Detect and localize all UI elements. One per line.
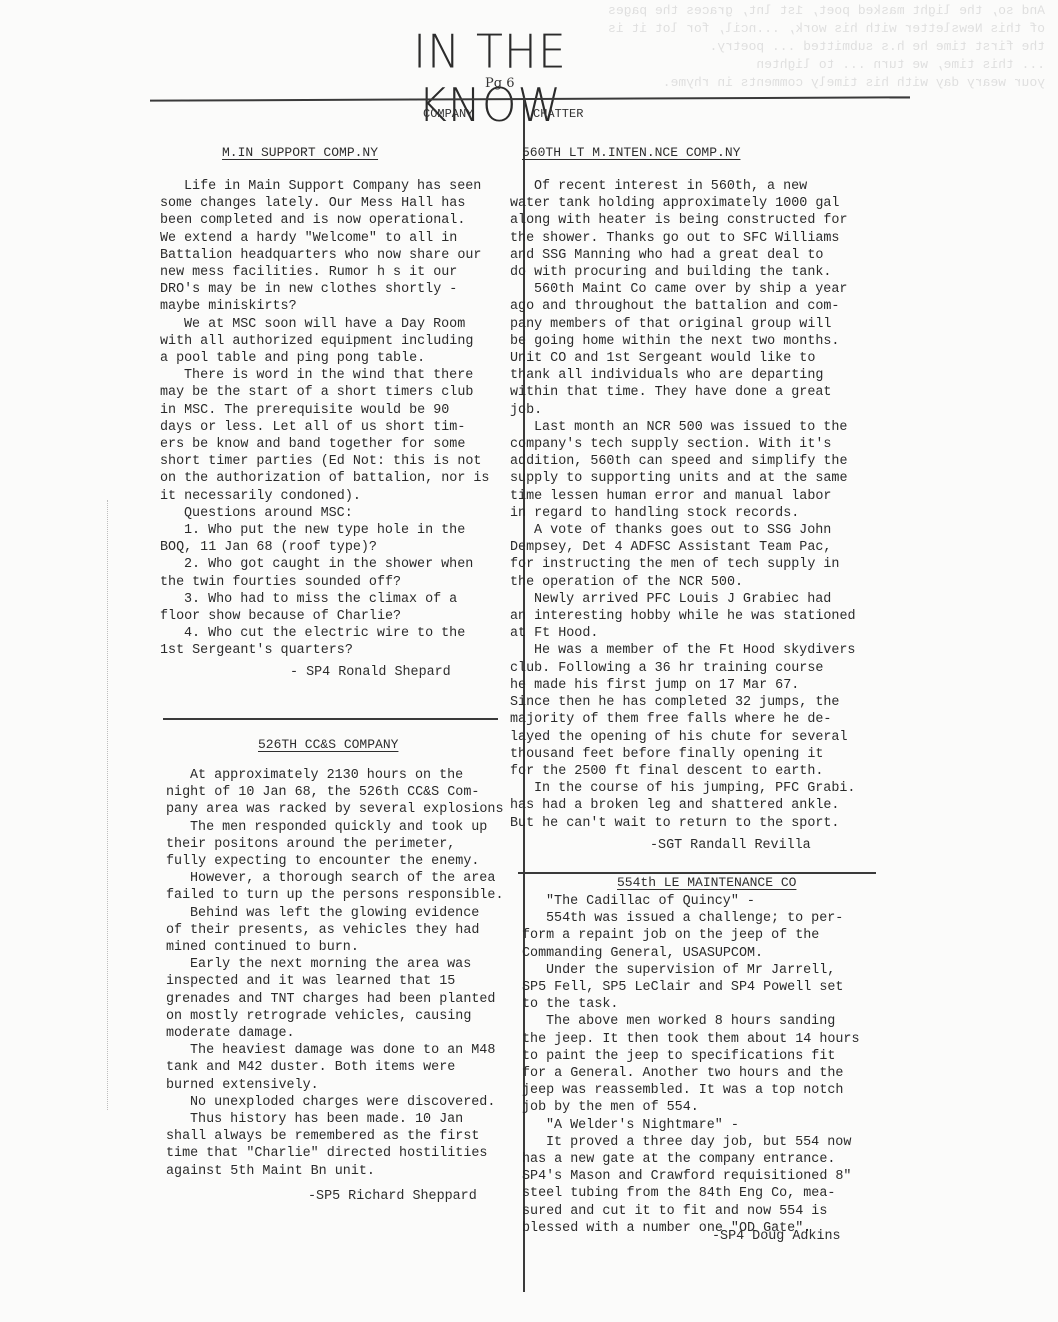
- text-line: addition, 560th can speed and simplify t…: [510, 453, 870, 470]
- text-line: night of 10 Jan 68, the 526th CC&S Com-: [166, 784, 526, 801]
- paragraph: No unexploded charges were discovered.: [166, 1094, 526, 1111]
- bleed-through-line: And so, the light masked poet, 1st lnt, …: [625, 2, 1045, 20]
- text-line: has had a broken leg and shattered ankle…: [510, 797, 870, 814]
- paragraph: We at MSC soon will have a Day Roomwith …: [160, 316, 505, 368]
- text-line: 2. Who got caught in the shower when: [160, 556, 505, 573]
- text-line: SP4's Mason and Crawford requisitioned 8…: [522, 1168, 882, 1185]
- text-line: Commanding General, USASUPCOM.: [522, 945, 882, 962]
- text-line: Since then he has completed 32 jumps, th…: [510, 694, 870, 711]
- byline-526th: -SP5 Richard Sheppard: [308, 1189, 477, 1204]
- text-line: But he can't wait to return to the sport…: [510, 815, 870, 832]
- paragraph: Early the next morning the area wasinspe…: [166, 956, 526, 1042]
- text-line: The above men worked 8 hours sanding: [522, 1013, 882, 1030]
- text-line: He was a member of the Ft Hood skydivers: [510, 642, 870, 659]
- article-main-support-body: Life in Main Support Company has seensom…: [160, 178, 505, 660]
- text-line: Behind was left the glowing evidence: [166, 905, 526, 922]
- text-line: the operation of the NCR 500.: [510, 574, 870, 591]
- binding-edge-mark: [107, 500, 108, 1110]
- text-line: water tank holding approximately 1000 ga…: [510, 195, 870, 212]
- text-line: It proved a three day job, but 554 now: [522, 1134, 882, 1151]
- text-line: the jeep. It then took them about 14 hou…: [522, 1031, 882, 1048]
- text-line: along with heater is being constructed f…: [510, 212, 870, 229]
- bleed-through-text: And so, the light masked poet, 1st lnt, …: [625, 2, 1045, 92]
- text-line: tank and M42 duster. Both items were: [166, 1059, 526, 1076]
- paragraph: Questions around MSC:: [160, 505, 505, 522]
- text-line: to the task.: [522, 996, 882, 1013]
- text-line: club. Following a 36 hr training course: [510, 660, 870, 677]
- text-line: Thus history has been made. 10 Jan: [166, 1111, 526, 1128]
- paragraph: There is word in the wind that theremay …: [160, 367, 505, 505]
- paragraph: 560th Maint Co came over by ship a yeara…: [510, 281, 870, 419]
- text-line: inspected and it was learned that 15: [166, 973, 526, 990]
- text-line: Early the next morning the area was: [166, 956, 526, 973]
- text-line: do with procuring and building the tank.: [510, 264, 870, 281]
- text-line: he made his first jump on 17 Mar 67.: [510, 677, 870, 694]
- text-line: some changes lately. Our Mess Hall has: [160, 195, 505, 212]
- paragraph: 554th was issued a challenge; to per-for…: [522, 910, 882, 962]
- text-line: 560th Maint Co came over by ship a year: [510, 281, 870, 298]
- text-line: At approximately 2130 hours on the: [166, 767, 526, 784]
- paragraph: It proved a three day job, but 554 nowha…: [522, 1134, 882, 1237]
- paragraph: In the course of his jumping, PFC Grabi.…: [510, 780, 870, 832]
- text-line: 3. Who had to miss the climax of a: [160, 591, 505, 608]
- text-line: burned extensively.: [166, 1077, 526, 1094]
- paragraph: A vote of thanks goes out to SSG JohnDem…: [510, 522, 870, 591]
- text-line: We at MSC soon will have a Day Room: [160, 316, 505, 333]
- text-line: in MSC. The prerequisite would be 90: [160, 402, 505, 419]
- byline-554th: -SP4 Doug Adkins: [712, 1229, 841, 1244]
- text-line: fully expecting to encounter the enemy.: [166, 853, 526, 870]
- text-line: thousand feet before finally opening it: [510, 746, 870, 763]
- text-line: and SSG Manning who had a great deal to: [510, 247, 870, 264]
- text-line: The heaviest damage was done to an M48: [166, 1042, 526, 1059]
- text-line: has a new gate at the company entrance.: [522, 1151, 882, 1168]
- text-line: ago and throughout the battalion and com…: [510, 298, 870, 315]
- text-line: Dempsey, Det 4 ADFSC Assistant Team Pac,: [510, 539, 870, 556]
- text-line: Questions around MSC:: [160, 505, 505, 522]
- text-line: new mess facilities. Rumor h s it our: [160, 264, 505, 281]
- paragraph: Life in Main Support Company has seensom…: [160, 178, 505, 316]
- section-rule-right: [518, 872, 876, 874]
- headline-554th: 554th LE MAINTENANCE CO: [617, 875, 796, 890]
- text-line: be going home within the next two months…: [510, 333, 870, 350]
- paragraph: Newly arrived PFC Louis J Grabiec hadan …: [510, 591, 870, 643]
- bleed-through-line: the first time he h.s submitted ... poet…: [625, 38, 1045, 56]
- text-line: The men responded quickly and took up: [166, 819, 526, 836]
- text-line: Battalion headquarters who now share our: [160, 247, 505, 264]
- text-line: ers be know and band together for some: [160, 436, 505, 453]
- paragraph: Under the supervision of Mr Jarrell,SP5 …: [522, 962, 882, 1014]
- text-line: to paint the jeep to specifications fit: [522, 1048, 882, 1065]
- section-rule-left: [163, 718, 498, 720]
- text-line: in regard to handling stock records.: [510, 505, 870, 522]
- section-title-left: COMPANY: [423, 107, 473, 121]
- text-line: In the course of his jumping, PFC Grabi.: [510, 780, 870, 797]
- text-line: majority of them free falls where he de-: [510, 711, 870, 728]
- paragraph: The heaviest damage was done to an M48ta…: [166, 1042, 526, 1094]
- paragraph: 2. Who got caught in the shower whenthe …: [160, 556, 505, 590]
- text-line: "The Cadillac of Quincy" -: [522, 893, 882, 910]
- text-line: it necessarily condoned).: [160, 488, 505, 505]
- text-line: Under the supervision of Mr Jarrell,: [522, 962, 882, 979]
- text-line: grenades and TNT charges had been plante…: [166, 991, 526, 1008]
- text-line: BOQ, 11 Jan 68 (roof type)?: [160, 539, 505, 556]
- text-line: an interesting hobby while he was statio…: [510, 608, 870, 625]
- text-line: on the authorization of battalion, nor i…: [160, 470, 505, 487]
- text-line: their positons around the perimeter,: [166, 836, 526, 853]
- paragraph: "A Welder's Nightmare" -: [522, 1117, 882, 1134]
- byline-560th: -SGT Randall Revilla: [650, 838, 811, 853]
- text-line: form a repaint job on the jeep of the: [522, 927, 882, 944]
- text-line: Of recent interest in 560th, a new: [510, 178, 870, 195]
- text-line: We extend a hardy "Welcome" to all in: [160, 230, 505, 247]
- text-line: for the 2500 ft final descent to earth.: [510, 763, 870, 780]
- text-line: failed to turn up the persons responsibl…: [166, 887, 526, 904]
- text-line: SP5 Fell, SP5 LeClair and SP4 Powell set: [522, 979, 882, 996]
- text-line: job by the men of 554.: [522, 1099, 882, 1116]
- text-line: the twin fourties sounded off?: [160, 574, 505, 591]
- text-line: for instructing the men of tech supply i…: [510, 556, 870, 573]
- text-line: Last month an NCR 500 was issued to the: [510, 419, 870, 436]
- text-line: Unit CO and 1st Sergeant would like to: [510, 350, 870, 367]
- byline-main-support: - SP4 Ronald Shepard: [290, 665, 451, 680]
- text-line: 554th was issued a challenge; to per-: [522, 910, 882, 927]
- text-line: at Ft Hood.: [510, 625, 870, 642]
- paragraph: The above men worked 8 hours sandingthe …: [522, 1013, 882, 1116]
- text-line: steel tubing from the 84th Eng Co, mea-: [522, 1185, 882, 1202]
- text-line: been completed and is now operational.: [160, 212, 505, 229]
- paragraph: However, a thorough search of the areafa…: [166, 870, 526, 904]
- text-line: of their presents, as vehicles they had: [166, 922, 526, 939]
- paragraph: Thus history has been made. 10 Janshall …: [166, 1111, 526, 1180]
- text-line: the shower. Thanks go out to SFC William…: [510, 230, 870, 247]
- bleed-through-line: your weary day with his timely comments …: [625, 74, 1045, 92]
- page-number: Pg 6: [485, 76, 514, 91]
- paragraph: At approximately 2130 hours on thenight …: [166, 767, 526, 819]
- text-line: sured and cut it to fit and now 554 is: [522, 1203, 882, 1220]
- text-line: 4. Who cut the electric wire to the: [160, 625, 505, 642]
- text-line: days or less. Let all of us short tim-: [160, 419, 505, 436]
- text-line: on mostly retrograde vehicles, causing: [166, 1008, 526, 1025]
- paragraph: Behind was left the glowing evidenceof t…: [166, 905, 526, 957]
- text-line: 1st Sergeant's quarters?: [160, 642, 505, 659]
- headline-main-support: M.IN SUPPORT COMP.NY: [222, 145, 378, 160]
- headline-560th: 560TH LT M.INTEN.NCE COMP.NY: [522, 145, 740, 160]
- text-line: pany area was racked by several explosio…: [166, 801, 526, 818]
- text-line: supply to supporting units and at the sa…: [510, 470, 870, 487]
- text-line: No unexploded charges were discovered.: [166, 1094, 526, 1111]
- text-line: within that time. They have done a great: [510, 384, 870, 401]
- text-line: with all authorized equipment including: [160, 333, 505, 350]
- newsletter-page: And so, the light masked poet, 1st lnt, …: [0, 0, 1058, 1322]
- text-line: time that "Charlie" directed hostilities: [166, 1145, 526, 1162]
- section-title-right: CHATTER: [533, 107, 583, 121]
- text-line: may be the start of a short timers club: [160, 384, 505, 401]
- text-line: DRO's may be in new clothes shortly -: [160, 281, 505, 298]
- bleed-through-line: of this Newsletter with his work, ...nci…: [625, 20, 1045, 38]
- text-line: company's tech supply section. With it's: [510, 436, 870, 453]
- text-line: 1. Who put the new type hole in the: [160, 522, 505, 539]
- text-line: floor show because of Charlie?: [160, 608, 505, 625]
- text-line: layed the opening of his chute for sever…: [510, 729, 870, 746]
- text-line: job.: [510, 402, 870, 419]
- paragraph: 1. Who put the new type hole in theBOQ, …: [160, 522, 505, 556]
- headline-526th: 526TH CC&S COMPANY: [258, 737, 398, 752]
- text-line: time lessen human error and manual labor: [510, 488, 870, 505]
- text-line: thank all individuals who are departing: [510, 367, 870, 384]
- text-line: "A Welder's Nightmare" -: [522, 1117, 882, 1134]
- paragraph: Of recent interest in 560th, a newwater …: [510, 178, 870, 281]
- paragraph: 4. Who cut the electric wire to the1st S…: [160, 625, 505, 659]
- text-line: maybe miniskirts?: [160, 298, 505, 315]
- text-line: pany members of that original group will: [510, 316, 870, 333]
- text-line: against 5th Maint Bn unit.: [166, 1163, 526, 1180]
- text-line: There is word in the wind that there: [160, 367, 505, 384]
- text-line: A vote of thanks goes out to SSG John: [510, 522, 870, 539]
- text-line: moderate damage.: [166, 1025, 526, 1042]
- text-line: Newly arrived PFC Louis J Grabiec had: [510, 591, 870, 608]
- text-line: short timer parties (Ed Not: this is not: [160, 453, 505, 470]
- paragraph: He was a member of the Ft Hood skydivers…: [510, 642, 870, 780]
- paragraph: 3. Who had to miss the climax of afloor …: [160, 591, 505, 625]
- text-line: for a General. Another two hours and the: [522, 1065, 882, 1082]
- paragraph: Last month an NCR 500 was issued to thec…: [510, 419, 870, 522]
- text-line: jeep was reassembled. It was a top notch: [522, 1082, 882, 1099]
- text-line: However, a thorough search of the area: [166, 870, 526, 887]
- text-line: shall always be remembered as the first: [166, 1128, 526, 1145]
- paragraph: The men responded quickly and took upthe…: [166, 819, 526, 871]
- paragraph: "The Cadillac of Quincy" -: [522, 893, 882, 910]
- bleed-through-line: ... this time, we turn ... to lighten: [625, 56, 1045, 74]
- article-560th-body: Of recent interest in 560th, a newwater …: [510, 178, 870, 832]
- article-526th-body: At approximately 2130 hours on thenight …: [166, 767, 526, 1180]
- text-line: a pool table and ping pong table.: [160, 350, 505, 367]
- text-line: mined continued to burn.: [166, 939, 526, 956]
- article-554th-body: "The Cadillac of Quincy" -554th was issu…: [522, 893, 882, 1237]
- text-line: Life in Main Support Company has seen: [160, 178, 505, 195]
